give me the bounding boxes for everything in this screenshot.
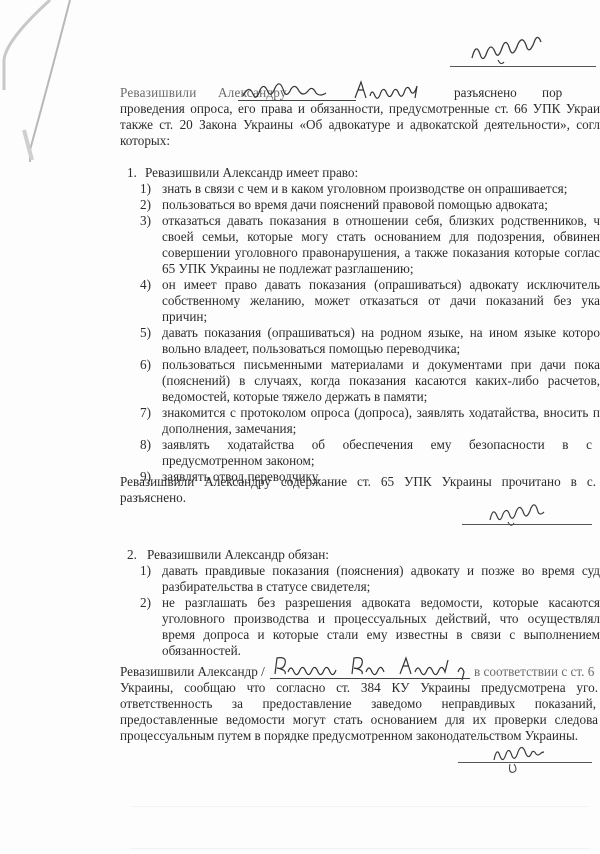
signature-line-top [450, 66, 596, 67]
s1-item5-line2: вольно владеет, пользоваться помощью пер… [162, 341, 460, 357]
s1-item4-line3: причин; [162, 309, 207, 325]
article65-note-line1-visible: Ревазишвили Александру содержание ст. 65… [120, 474, 596, 490]
warning-line3: ответственность за предоставление заведо… [120, 696, 596, 712]
s1-item5-num: 5) [140, 325, 151, 341]
s1-item3-line2: своей семьи, которые могу стать основани… [162, 229, 600, 245]
scan-artifact [130, 806, 590, 807]
s2-item1-num: 1) [140, 563, 151, 579]
s2-item2-line2: уголовного производства и процессуальных… [162, 611, 600, 627]
s2-item1-line1: давать правдивые показания (пояснения) а… [162, 563, 600, 579]
s1-item8-num: 8) [140, 437, 151, 453]
scanned-document-page: Ревазишвили Александру разъяснено пор пр… [0, 0, 600, 854]
signature-line-bottom [458, 762, 592, 763]
s1-item5-line1: давать показания (опрашиваться) на родно… [162, 325, 600, 341]
s1-item4-num: 4) [140, 277, 151, 293]
s2-item2-line1: не разглашать без разрешения адвоката ве… [162, 595, 600, 611]
signature-bottom [490, 740, 560, 776]
s1-item2-num: 2) [140, 197, 151, 213]
s1-item7-line1: знакомится с протоколом опроса (допроса)… [162, 405, 600, 421]
s1-item3-line1: отказаться давать показания в отношении … [162, 213, 600, 229]
intro-line4: которых: [120, 133, 170, 149]
s1-item2-line1: пользоваться во время дачи пояснений пра… [162, 197, 548, 213]
warning-line2: Украины, сообщаю что согласно ст. 384 КУ… [120, 680, 598, 696]
s1-item7-num: 7) [140, 405, 151, 421]
s1-item8-line2: предусмотренном законом; [162, 453, 315, 469]
s1-item1-line1: знать в связи с чем и в каком уголовном … [162, 181, 567, 197]
section2-heading: Ревазишвили Александр обязан: [147, 547, 329, 563]
paper-fold-mark [0, 0, 80, 170]
s1-item3-num: 3) [140, 213, 151, 229]
s2-item1-line2: разбирательства в статусе свидетеля; [162, 579, 370, 595]
warning-line1-tail: в соответствии с ст. 6 [474, 664, 594, 680]
signature-line-middle [462, 524, 592, 525]
s1-item3-line4: 65 УПК Украины не подлежат разглашению; [162, 261, 414, 277]
s1-item4-line1: он имеет право давать показания (опрашив… [162, 277, 600, 293]
s1-item6-num: 6) [140, 357, 151, 373]
signature-top [468, 36, 598, 68]
intro-line3: также ст. 20 Закона Украины «Об адвокату… [120, 117, 600, 133]
warning-name: Ревазишвили Александр / [120, 664, 265, 680]
intro-line1-tail: разъяснено пор [454, 85, 562, 101]
warning-line4: предоставленные ведомости могут стать ос… [120, 712, 598, 728]
s2-item2-line4: обязанностей. [162, 643, 241, 659]
s1-item4-line2: собственному желанию, может отказаться о… [162, 293, 600, 309]
s1-item7-line2: дополнения, замечания; [162, 421, 296, 437]
section2-number: 2. [127, 547, 137, 563]
warning-line5: процессуальным путем в порядке предусмот… [120, 728, 578, 744]
s1-item1-num: 1) [140, 181, 151, 197]
s1-item8-line1: заявлять ходатайства об обеспечения ему … [162, 437, 592, 453]
intro-line2: проведения опроса, его права и обязаннос… [120, 101, 600, 117]
section1-heading: Ревазишвили Александр имеет право: [145, 165, 358, 181]
s2-item2-line3: время допроса и которые стали ему извест… [162, 627, 600, 643]
s2-item2-num: 2) [140, 595, 151, 611]
s1-item6-line2: (пояснений) в случаях, когда показания к… [162, 373, 600, 389]
section1-number: 1. [127, 165, 137, 181]
warning-handwritten-underline [270, 678, 470, 679]
s1-item6-line3: ведомостей, которые тяжело держать в пам… [162, 389, 427, 405]
scan-artifact [130, 848, 590, 849]
s1-item3-line3: совершении уголовного правонарушения, а … [162, 245, 600, 261]
article65-note-line2: разъяснено. [120, 490, 186, 506]
s1-item6-line1: пользоваться письменными материалами и д… [162, 357, 600, 373]
